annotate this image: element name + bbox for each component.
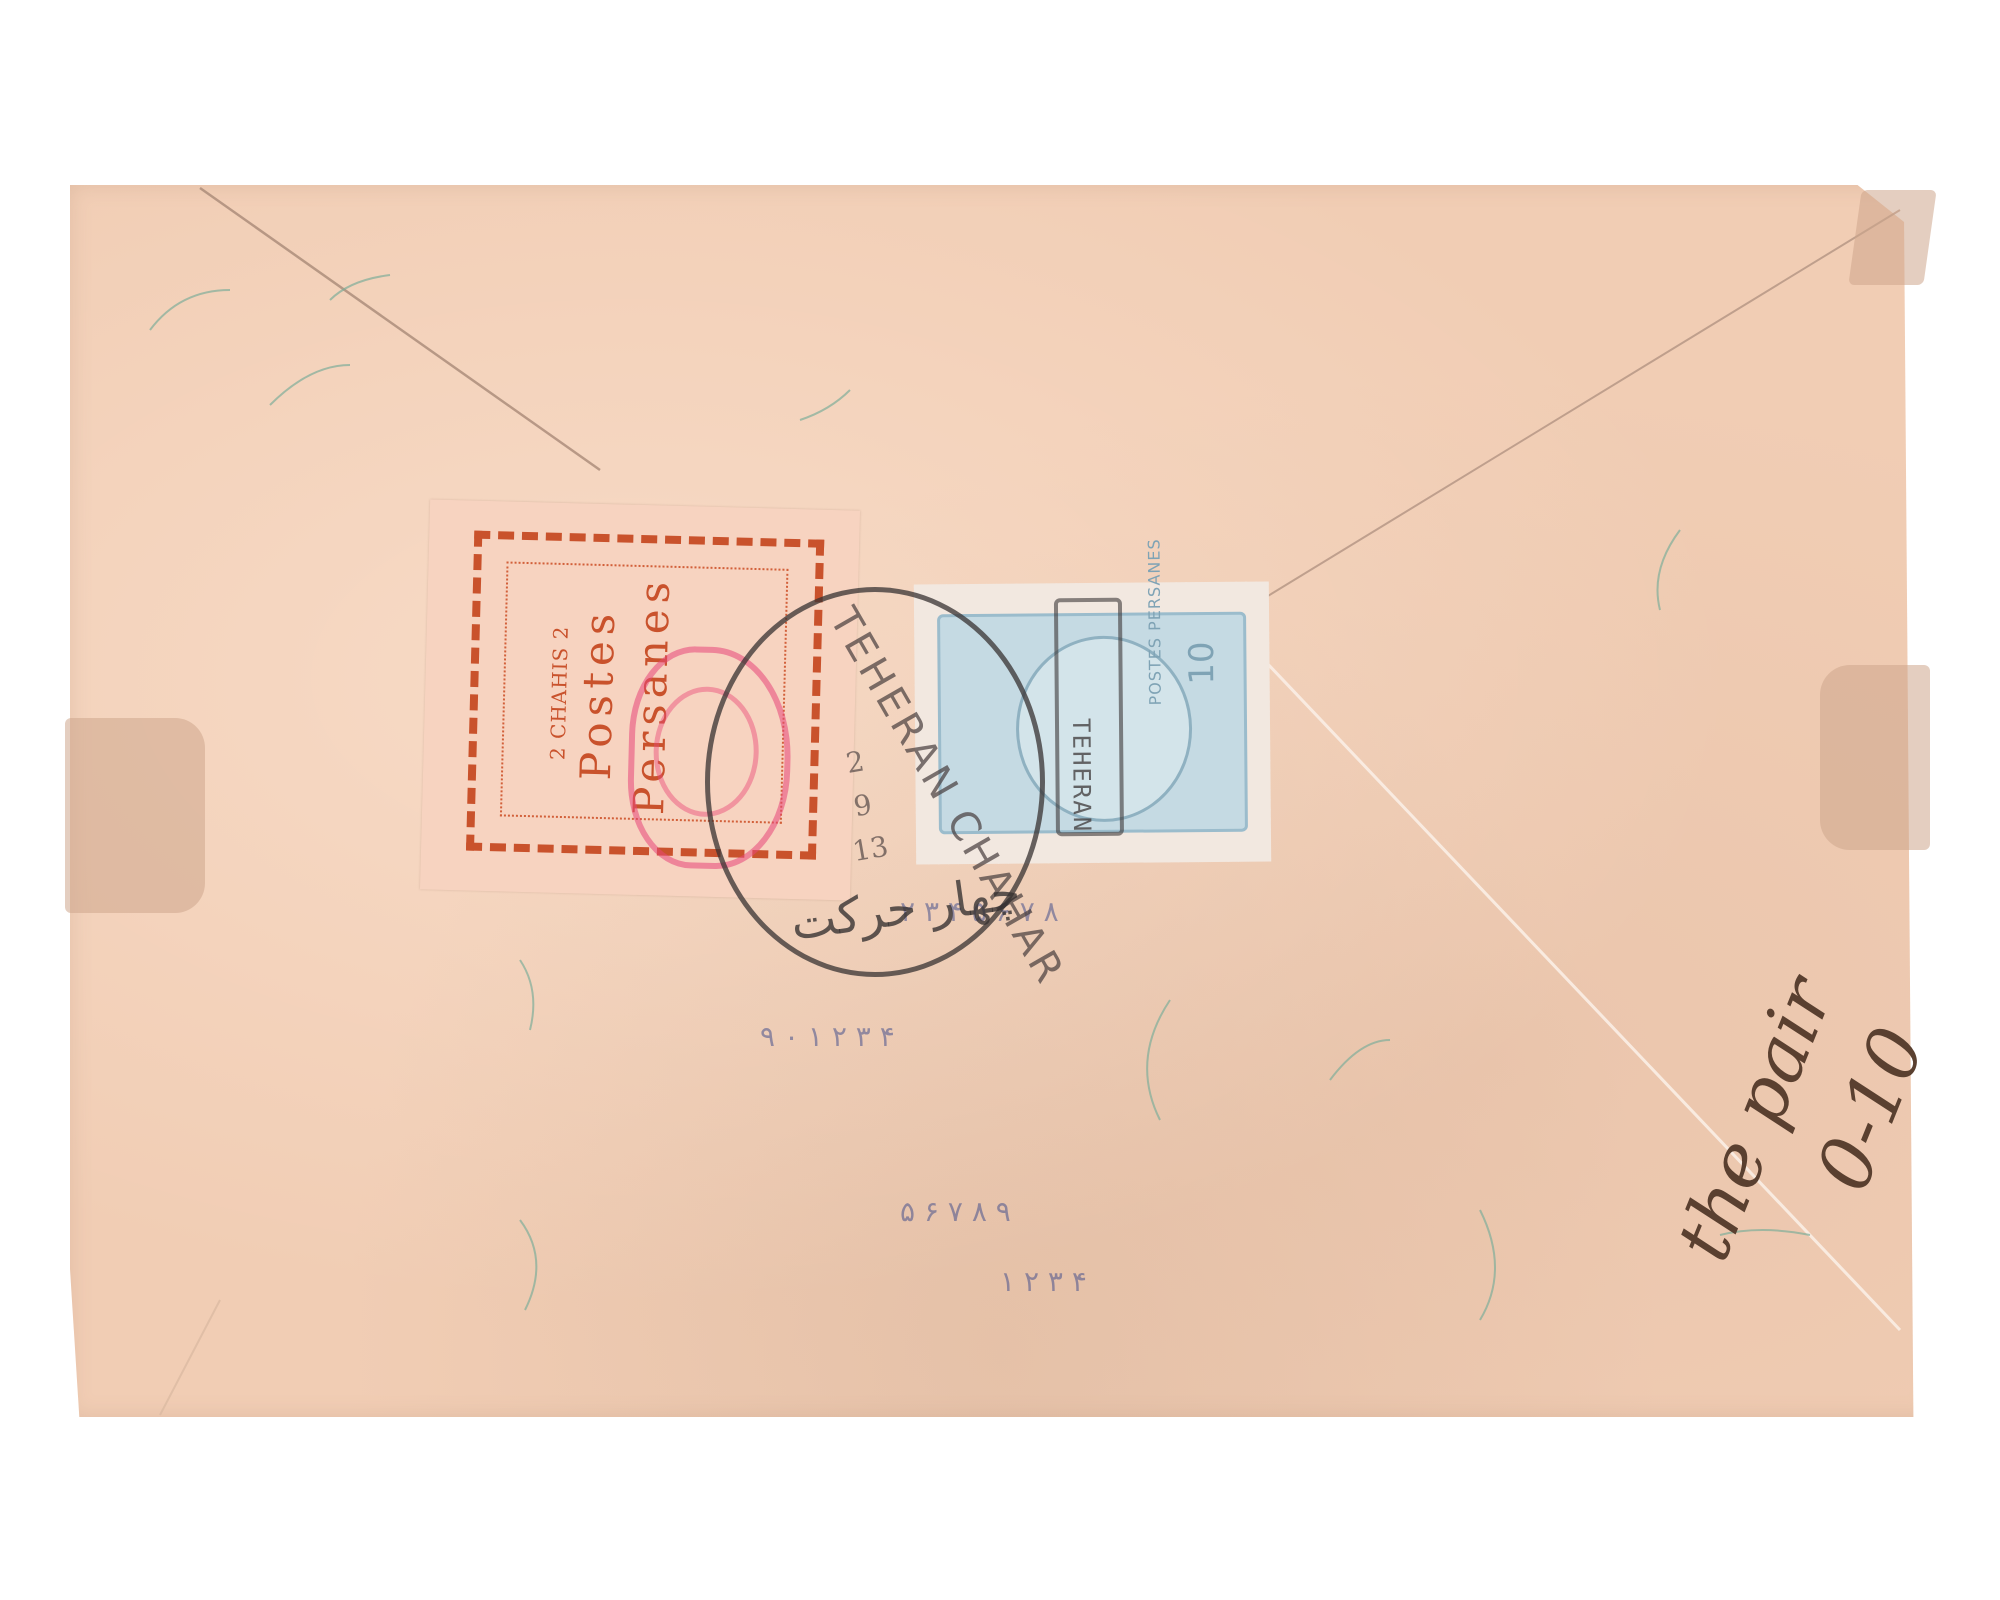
faint-ink-line: ۱ ۲ ۳ ۴: [1000, 1265, 1087, 1298]
photo-scene: ۲ ۳ ۴ ۵ ۶ ۷ ۸ ۹ ۰ ۱ ۲ ۳ ۴ ۵ ۶ ۷ ۸ ۹ ۱ ۲ …: [0, 0, 2000, 1600]
tape-patch-right: [1820, 665, 1930, 850]
faint-ink-line: ۹ ۰ ۱ ۲ ۳ ۴: [760, 1020, 895, 1053]
tape-patch-left: [65, 718, 205, 913]
faint-ink-line: ۵ ۶ ۷ ۸ ۹: [900, 1195, 1011, 1228]
tape-patch-top-right: [1848, 190, 1936, 285]
